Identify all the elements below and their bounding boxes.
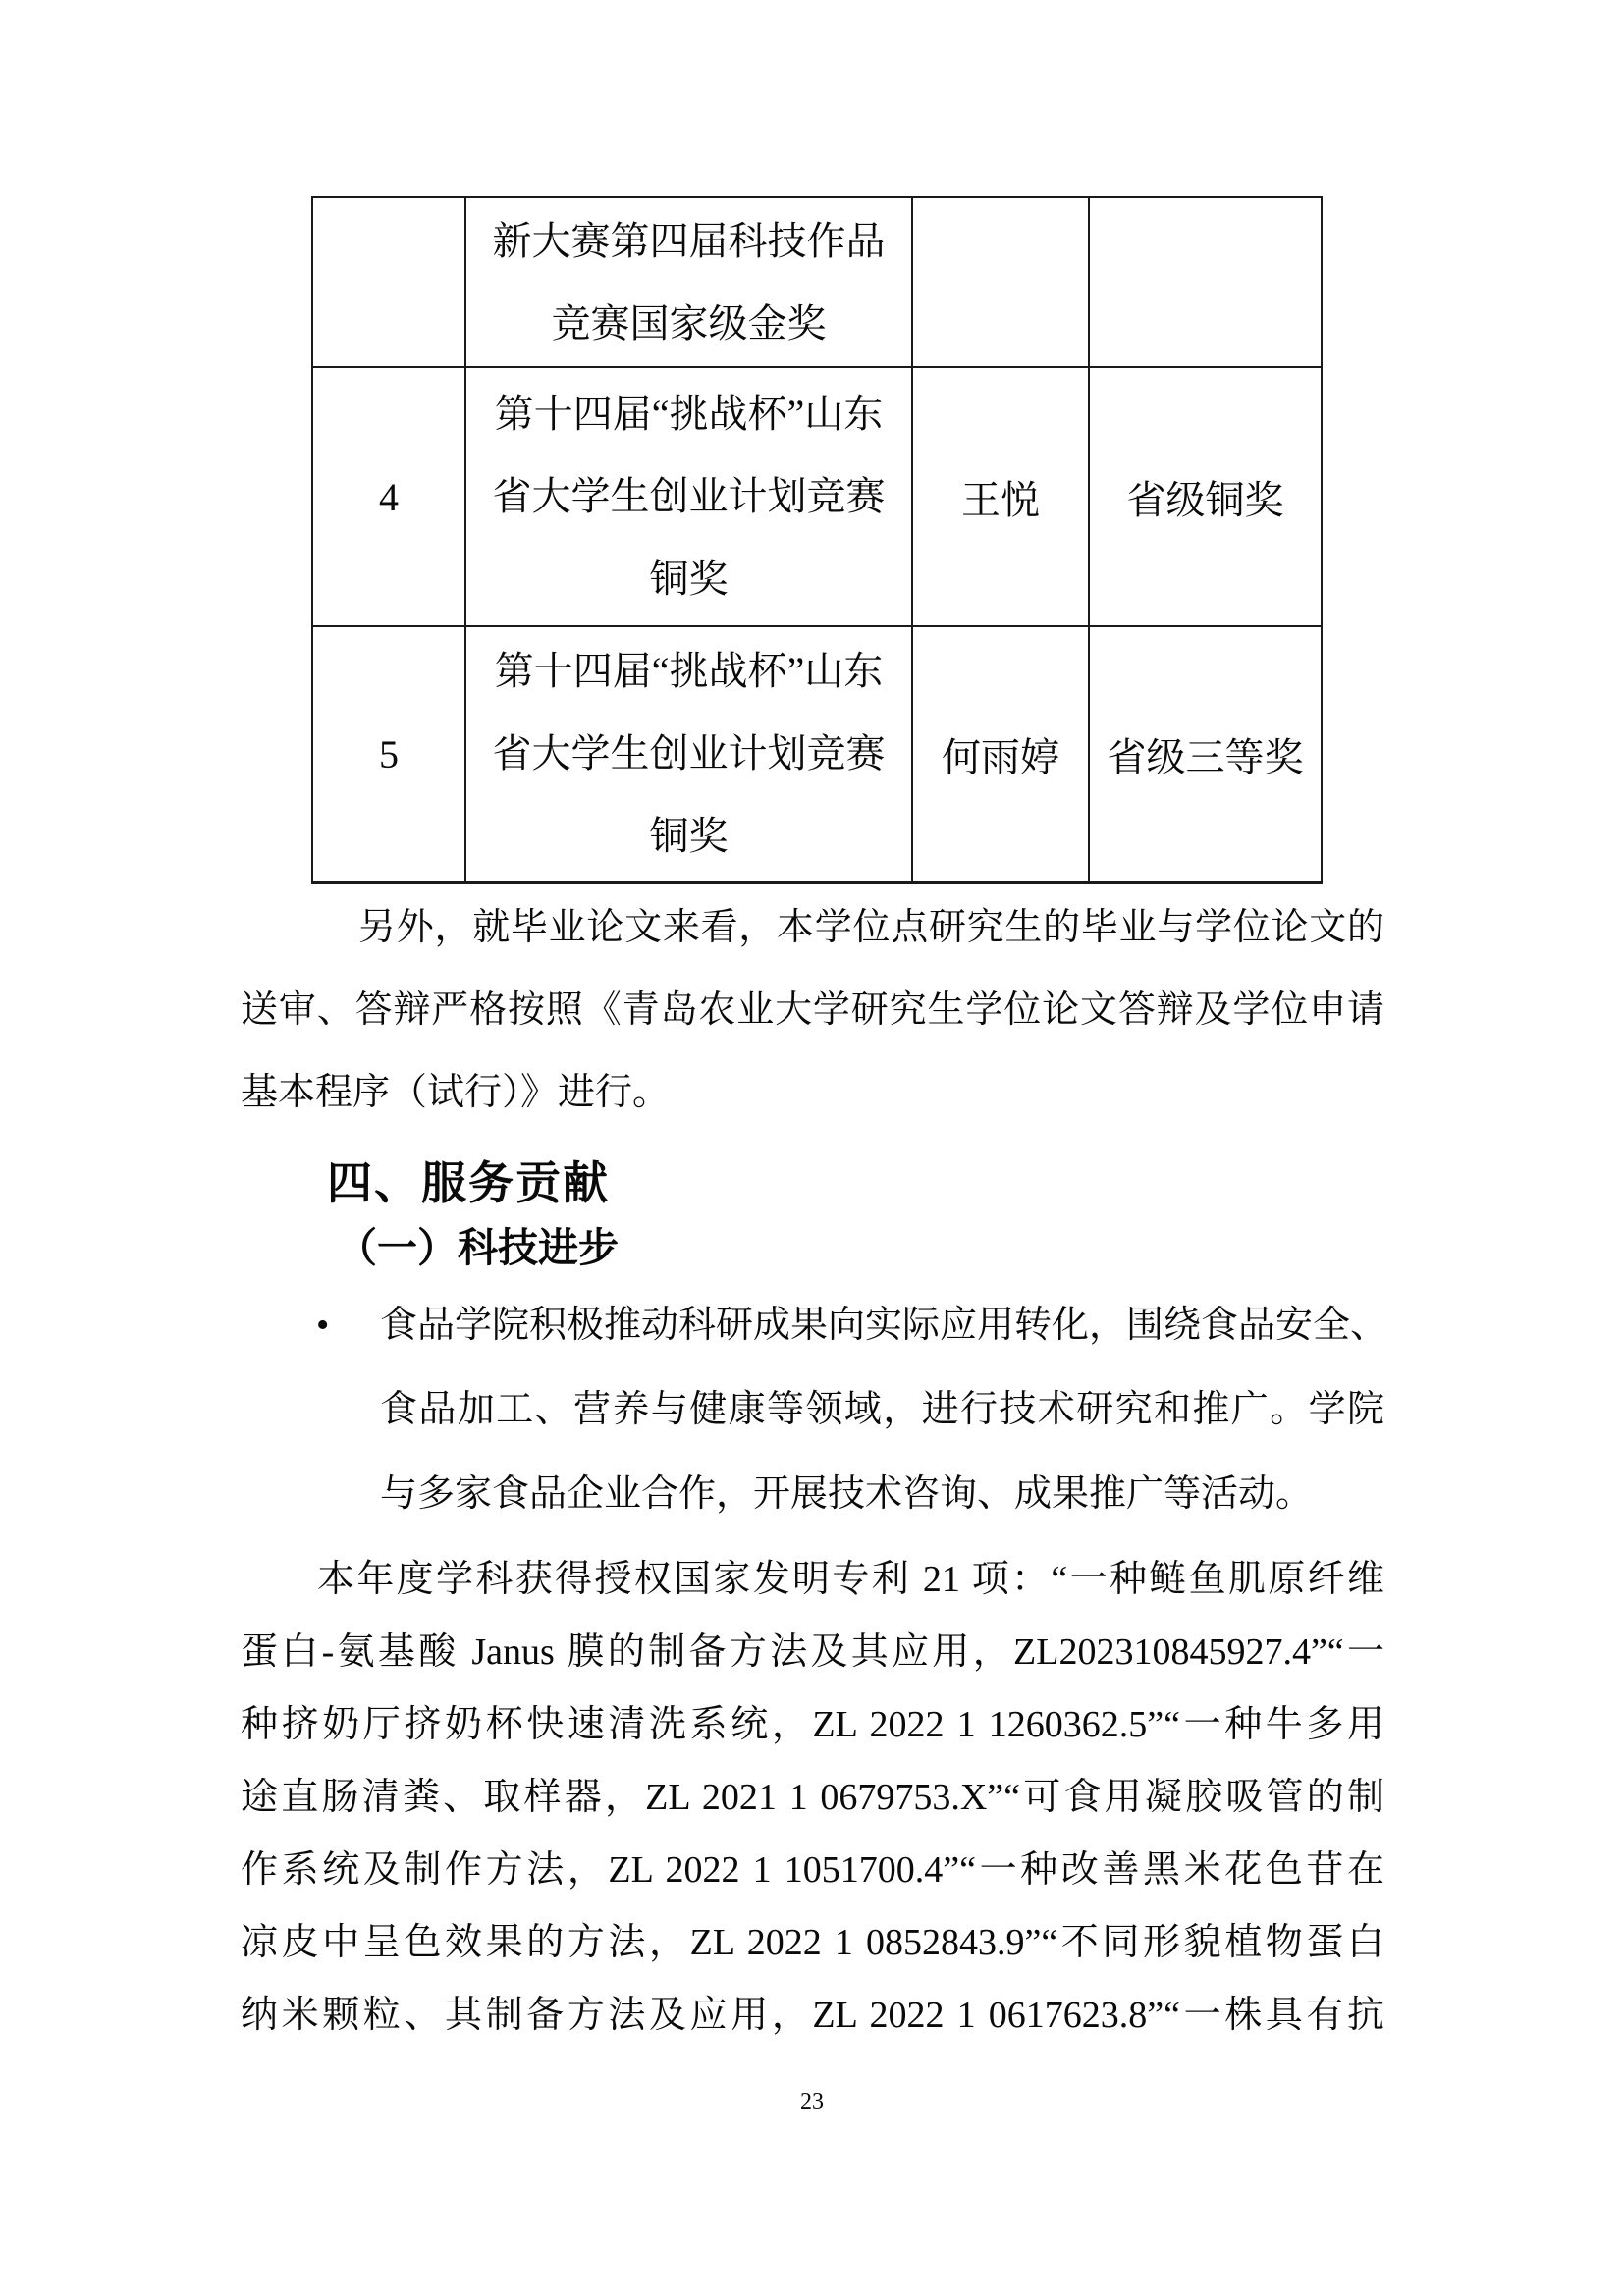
bullet-icon: • bbox=[316, 1283, 329, 1367]
award-name-cell: 新大赛第四届科技作品竞赛国家级金奖 bbox=[465, 197, 912, 367]
text-line: 凉皮中呈色效果的方法，ZL 2022 1 0852843.9”“不同形貌植物蛋白 bbox=[241, 1906, 1384, 1979]
document-page: 新大赛第四届科技作品竞赛国家级金奖4第十四届“挑战杯”山东省大学生创业计划竞赛铜… bbox=[0, 0, 1624, 2296]
serial-cell: 5 bbox=[312, 626, 465, 882]
text-line: 纳米颗粒、其制备方法及应用，ZL 2022 1 0617623.8”“一株具有抗 bbox=[241, 1979, 1384, 2052]
thesis-paragraph: 另外，就毕业论文来看，本学位点研究生的毕业与学位论文的送审、答辩严格按照《青岛农… bbox=[241, 886, 1384, 1134]
bullet-paragraph: 食品学院积极推动科研成果向实际应用转化，围绕食品安全、食品加工、营养与健康等领域… bbox=[380, 1283, 1384, 1536]
text-line: 送审、答辩严格按照《青岛农业大学研究生学位论文答辩及学位申请 bbox=[241, 969, 1384, 1051]
text-line: 途直肠清粪、取样器，ZL 2021 1 0679753.X”“可食用凝胶吸管的制 bbox=[241, 1761, 1384, 1834]
award-name-line: 竞赛国家级金奖 bbox=[466, 283, 911, 365]
subsection-heading: （一）科技进步 bbox=[337, 1208, 619, 1287]
winner-cell bbox=[912, 197, 1089, 367]
text-line: 食品加工、营养与健康等领域，进行技术研究和推广。学院 bbox=[380, 1367, 1384, 1452]
table-row: 4第十四届“挑战杯”山东省大学生创业计划竞赛铜奖王悦省级铜奖 bbox=[312, 367, 1322, 626]
level-cell bbox=[1089, 197, 1322, 367]
patent-paragraph: 本年度学科获得授权国家发明专利 21 项：“一种鲢鱼肌原纤维蛋白-氨基酸 Jan… bbox=[241, 1543, 1384, 2052]
award-name-line: 省大学生创业计划竞赛 bbox=[466, 713, 911, 795]
text-line: 作系统及制作方法，ZL 2022 1 1051700.4”“一种改善黑米花色苷在 bbox=[241, 1834, 1384, 1906]
text-line: 食品学院积极推动科研成果向实际应用转化，围绕食品安全、 bbox=[380, 1283, 1384, 1367]
winner-cell: 何雨婷 bbox=[912, 626, 1089, 882]
serial-cell bbox=[312, 197, 465, 367]
award-name-line: 新大赛第四届科技作品 bbox=[466, 200, 911, 283]
award-name-line: 第十四届“挑战杯”山东 bbox=[466, 373, 911, 455]
award-name-cell: 第十四届“挑战杯”山东省大学生创业计划竞赛铜奖 bbox=[465, 626, 912, 882]
page-number: 23 bbox=[0, 2085, 1624, 2118]
award-name-line: 铜奖 bbox=[466, 538, 911, 620]
winner-cell: 王悦 bbox=[912, 367, 1089, 626]
text-line: 蛋白-氨基酸 Janus 膜的制备方法及其应用，ZL202310845927.4… bbox=[241, 1616, 1384, 1688]
text-line: 另外，就毕业论文来看，本学位点研究生的毕业与学位论文的 bbox=[241, 886, 1384, 969]
serial-cell: 4 bbox=[312, 367, 465, 626]
award-table: 新大赛第四届科技作品竞赛国家级金奖4第十四届“挑战杯”山东省大学生创业计划竞赛铜… bbox=[311, 196, 1323, 884]
award-name-line: 第十四届“挑战杯”山东 bbox=[466, 630, 911, 713]
award-table-body: 新大赛第四届科技作品竞赛国家级金奖4第十四届“挑战杯”山东省大学生创业计划竞赛铜… bbox=[312, 197, 1322, 882]
text-line: 与多家食品企业合作，开展技术咨询、成果推广等活动。 bbox=[380, 1452, 1384, 1536]
level-cell: 省级三等奖 bbox=[1089, 626, 1322, 882]
table-row: 新大赛第四届科技作品竞赛国家级金奖 bbox=[312, 197, 1322, 367]
award-name-line: 省大学生创业计划竞赛 bbox=[466, 455, 911, 538]
text-line: 种挤奶厅挤奶杯快速清洗系统，ZL 2022 1 1260362.5”“一种牛多用 bbox=[241, 1688, 1384, 1761]
text-line: 基本程序（试行）》进行。 bbox=[241, 1051, 1384, 1134]
table-row: 5第十四届“挑战杯”山东省大学生创业计划竞赛铜奖何雨婷省级三等奖 bbox=[312, 626, 1322, 882]
award-name-line: 铜奖 bbox=[466, 795, 911, 878]
award-name-cell: 第十四届“挑战杯”山东省大学生创业计划竞赛铜奖 bbox=[465, 367, 912, 626]
level-cell: 省级铜奖 bbox=[1089, 367, 1322, 626]
text-line: 本年度学科获得授权国家发明专利 21 项：“一种鲢鱼肌原纤维 bbox=[241, 1543, 1384, 1616]
